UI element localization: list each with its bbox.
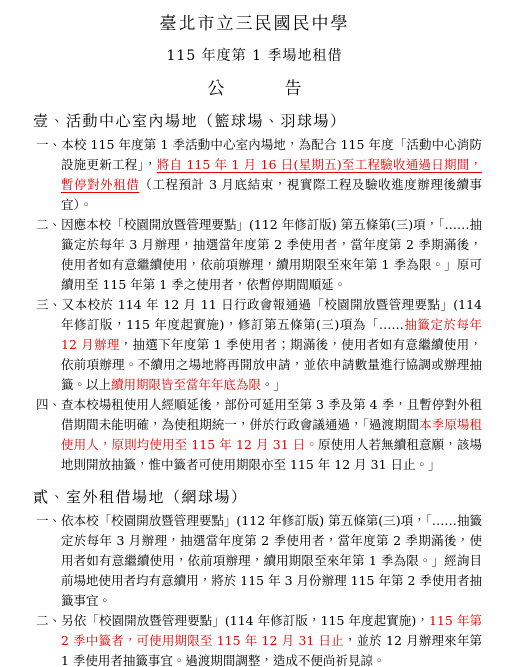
doc-subtitle: 115 年度第 1 季場地租借 (0, 47, 509, 65)
section: 貳、室外租借場地（網球場） 一、依本校「校園開放暨管理要點」(112 年修訂版)… (0, 487, 509, 667)
item-label: 二、 (36, 217, 61, 232)
announce-char-right: 告 (285, 79, 302, 99)
text-segment: 因應本校「校園開放暨管理要點」(112 年修訂版) 第五條第(三)項，「……抽籤… (61, 217, 482, 292)
section-items: 一、依本校「校園開放暨管理要點」(112 年修訂版) 第五條第(三)項，「……抽… (0, 511, 509, 667)
text-segment: 續用期限皆至當年年底為限 (111, 377, 261, 392)
section: 壹、活動中心室內場地（籃球場、羽球場） 一、本校 115 年度第 1 季活動中心… (0, 111, 509, 475)
item-label: 三、 (36, 297, 62, 312)
document-body: 壹、活動中心室內場地（籃球場、羽球場） 一、本校 115 年度第 1 季活動中心… (0, 111, 509, 667)
item-label: 一、 (36, 137, 61, 152)
text-segment: 另依「校園開放暨管理要點」(114 年修訂版，115 年度起實施)， (61, 613, 429, 628)
item-label: 四、 (36, 397, 61, 412)
announce-char-left: 公 (208, 79, 225, 99)
section-items: 一、本校 115 年度第 1 季活動中心室內場地，為配合 115 年度「活動中心… (0, 135, 509, 475)
text-segment: 依本校「校園開放暨管理要點」(112 年修訂版) 第五條第(三)項，「……抽籤定… (61, 513, 482, 608)
item-label: 二、 (36, 613, 61, 628)
list-item: 一、本校 115 年度第 1 季活動中心室內場地，為配合 115 年度「活動中心… (36, 135, 482, 215)
section-heading: 貳、室外租借場地（網球場） (33, 487, 489, 507)
list-item: 三、又本校於 114 年 12 月 11 日行政會報通過「校園開放暨管理要點」(… (36, 295, 482, 395)
item-text: 依本校「校園開放暨管理要點」(112 年修訂版) 第五條第(三)項，「……抽籤定… (61, 513, 482, 608)
item-text: 又本校於 114 年 12 月 11 日行政會報通過「校園開放暨管理要點」(11… (61, 297, 482, 392)
section-heading: 壹、活動中心室內場地（籃球場、羽球場） (33, 111, 489, 131)
announcement-heading: 公 告 (0, 79, 509, 99)
list-item: 一、依本校「校園開放暨管理要點」(112 年修訂版) 第五條第(三)項，「……抽… (36, 511, 482, 611)
announcement-page: 臺北市立三民國民中學 115 年度第 1 季場地租借 公 告 壹、活動中心室內場… (0, 0, 509, 667)
item-label: 一、 (36, 513, 61, 528)
list-item: 二、因應本校「校園開放暨管理要點」(112 年修訂版) 第五條第(三)項，「……… (36, 215, 482, 295)
list-item: 二、另依「校園開放暨管理要點」(114 年修訂版，115 年度起實施)，115 … (36, 611, 482, 667)
item-text: 本校 115 年度第 1 季活動中心室內場地，為配合 115 年度「活動中心消防… (61, 137, 482, 212)
text-segment: 。」 (261, 377, 286, 392)
item-text: 因應本校「校園開放暨管理要點」(112 年修訂版) 第五條第(三)項，「……抽籤… (61, 217, 482, 292)
item-text: 另依「校園開放暨管理要點」(114 年修訂版，115 年度起實施)，115 年第… (61, 613, 482, 667)
list-item: 四、查本校場租使用人經順延後，部份可延用至第 3 季及第 4 季，且暫停對外租借… (36, 395, 482, 475)
page-title: 臺北市立三民國民中學 (0, 0, 509, 34)
item-text: 查本校場租使用人經順延後，部份可延用至第 3 季及第 4 季，且暫停對外租借期間… (61, 397, 482, 472)
